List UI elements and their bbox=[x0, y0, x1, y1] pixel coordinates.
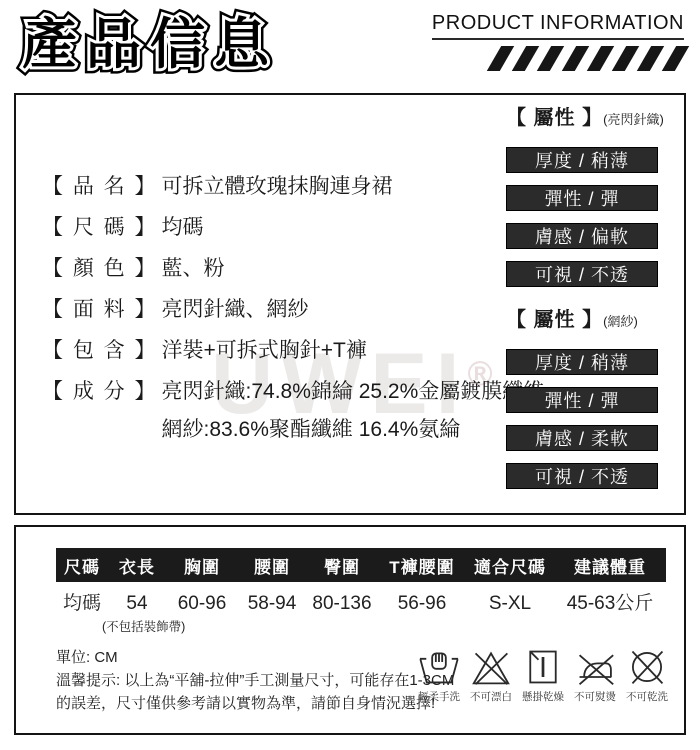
attributes-column: 【 屬性 】(亮閃針織) 厚度 / 稍薄 彈性 / 彈 膚感 / 偏軟 可視 /… bbox=[506, 107, 668, 501]
measurement-tips: 溫馨提示: 以上為“平舖-拉伸”手工測量尺寸，可能存在1-3CM 的誤差，尺寸僅… bbox=[56, 669, 454, 715]
care-item-hand-wash: 輕柔手洗 bbox=[414, 647, 464, 704]
attribute-title: 【 屬性 】 bbox=[506, 309, 603, 331]
stripe bbox=[512, 46, 539, 71]
length-note: (不包括裝飾帶) bbox=[102, 617, 185, 635]
attribute-subtitle: (亮閃針織) bbox=[603, 112, 664, 127]
attribute-badge-elasticity: 彈性 / 彈 bbox=[506, 185, 658, 211]
composition-line-2: 網紗:83.6%聚酯纖維 16.4%氨綸 bbox=[162, 418, 545, 442]
attribute-badge-thickness: 厚度 / 稍薄 bbox=[506, 147, 658, 173]
size-header-cell: 腰圍 bbox=[254, 553, 290, 578]
field-value: 亮閃針織、網紗 bbox=[162, 298, 309, 322]
field-row-color: 【 顏 色 】 藍、粉 bbox=[42, 257, 544, 281]
diagonal-stripes bbox=[432, 46, 684, 71]
size-cell: 45-63公斤 bbox=[567, 593, 654, 615]
page-title-en: PRODUCT INFORMATION bbox=[432, 12, 684, 40]
page-title-cn: 產品信息 產品信息 bbox=[22, 2, 278, 86]
hang-dry-icon bbox=[521, 647, 565, 687]
size-cell: 80-136 bbox=[312, 593, 371, 615]
size-header-cell: 建議體重 bbox=[574, 553, 646, 578]
stripe bbox=[487, 46, 514, 71]
care-item-hang-dry: 懸掛乾燥 bbox=[518, 647, 568, 704]
unit-label: 單位: CM bbox=[56, 646, 118, 667]
page-title-cn-text: 產品信息 bbox=[22, 2, 278, 86]
no-dry-clean-icon bbox=[625, 647, 669, 687]
product-info-panel: UWEI® 【 品 名 】 可拆立體玫瑰抹胸連身裙 【 尺 碼 】 均碼 【 顏… bbox=[14, 93, 686, 515]
field-label: 【 包 含 】 bbox=[42, 339, 158, 363]
stripe bbox=[612, 46, 639, 71]
care-item-no-bleach: 不可漂白 bbox=[466, 647, 516, 704]
attribute-group-mesh: 【 屬性 】(網紗) 厚度 / 稍薄 彈性 / 彈 膚感 / 柔軟 可視 / 不… bbox=[506, 309, 668, 489]
size-cell: 58-94 bbox=[248, 593, 297, 615]
product-information-sheet: 產品信息 產品信息 PRODUCT INFORMATION UWEI® 【 品 … bbox=[0, 0, 700, 750]
field-row-fabric: 【 面 料 】 亮閃針織、網紗 bbox=[42, 298, 544, 322]
attribute-badge-elasticity: 彈性 / 彈 bbox=[506, 387, 658, 413]
size-header-cell: 尺碼 bbox=[64, 553, 100, 578]
care-item-no-iron: 不可熨燙 bbox=[570, 647, 620, 704]
field-value: 藍、粉 bbox=[162, 257, 225, 281]
attribute-subtitle: (網紗) bbox=[603, 314, 638, 329]
attribute-group-title: 【 屬性 】(網紗) bbox=[506, 309, 668, 333]
size-table-row: 均碼 54 60-96 58-94 80-136 56-96 S-XL 45-6… bbox=[56, 593, 666, 615]
field-value: 洋裝+可拆式胸針+T褲 bbox=[162, 339, 367, 363]
care-label: 輕柔手洗 bbox=[414, 689, 464, 704]
attribute-badge-feel: 膚感 / 偏軟 bbox=[506, 223, 658, 249]
attribute-badge-opacity: 可視 / 不透 bbox=[506, 261, 658, 287]
size-header-cell: 臀圍 bbox=[324, 553, 360, 578]
attribute-badge-opacity: 可視 / 不透 bbox=[506, 463, 658, 489]
attribute-badge-thickness: 厚度 / 稍薄 bbox=[506, 349, 658, 375]
no-iron-icon bbox=[573, 647, 617, 687]
field-label: 【 成 分 】 bbox=[42, 380, 158, 442]
size-chart-panel: 尺碼 衣長 胸圍 腰圍 臀圍 T褲腰圍 適合尺碼 建議體重 均碼 54 60-9… bbox=[14, 525, 686, 735]
hand-wash-icon bbox=[417, 647, 461, 687]
care-item-no-dry-clean: 不可乾洗 bbox=[622, 647, 672, 704]
size-cell: 60-96 bbox=[178, 593, 227, 615]
stripe bbox=[537, 46, 564, 71]
care-label: 不可乾洗 bbox=[622, 689, 672, 704]
composition-line-1: 亮閃針織:74.8%錦綸 25.2%金屬鍍膜纖維 bbox=[162, 380, 545, 404]
size-cell: 56-96 bbox=[398, 593, 447, 615]
product-fields: 【 品 名 】 可拆立體玫瑰抹胸連身裙 【 尺 碼 】 均碼 【 顏 色 】 藍… bbox=[42, 175, 544, 459]
attribute-group-knit: 【 屬性 】(亮閃針織) 厚度 / 稍薄 彈性 / 彈 膚感 / 偏軟 可視 /… bbox=[506, 107, 668, 287]
size-cell: S-XL bbox=[489, 593, 531, 615]
field-row-includes: 【 包 含 】 洋裝+可拆式胸針+T褲 bbox=[42, 339, 544, 363]
attribute-group-title: 【 屬性 】(亮閃針織) bbox=[506, 107, 668, 131]
field-label: 【 尺 碼 】 bbox=[42, 216, 158, 240]
stripe bbox=[637, 46, 664, 71]
size-header-cell: 衣長 bbox=[119, 553, 155, 578]
stripe bbox=[587, 46, 614, 71]
field-label: 【 顏 色 】 bbox=[42, 257, 158, 281]
tips-line-1: 溫馨提示: 以上為“平舖-拉伸”手工測量尺寸，可能存在1-3CM bbox=[56, 669, 454, 692]
field-row-size: 【 尺 碼 】 均碼 bbox=[42, 216, 544, 240]
care-label: 不可熨燙 bbox=[570, 689, 620, 704]
size-header-cell: 適合尺碼 bbox=[474, 553, 546, 578]
stripe bbox=[662, 46, 689, 71]
page-title-en-block: PRODUCT INFORMATION bbox=[432, 12, 684, 71]
care-label: 懸掛乾燥 bbox=[518, 689, 568, 704]
size-header-cell: 胸圍 bbox=[184, 553, 220, 578]
care-label: 不可漂白 bbox=[466, 689, 516, 704]
attribute-badge-feel: 膚感 / 柔軟 bbox=[506, 425, 658, 451]
field-row-name: 【 品 名 】 可拆立體玫瑰抹胸連身裙 bbox=[42, 175, 544, 199]
care-instructions: 輕柔手洗 不可漂白 懸掛乾燥 bbox=[414, 647, 672, 704]
tips-line-2: 的誤差，尺寸僅供參考請以實物為準，請節自身情況選擇! bbox=[56, 692, 454, 715]
field-label: 【 面 料 】 bbox=[42, 298, 158, 322]
size-cell: 均碼 bbox=[63, 593, 101, 615]
field-value: 亮閃針織:74.8%錦綸 25.2%金屬鍍膜纖維 網紗:83.6%聚酯纖維 16… bbox=[162, 380, 545, 442]
stripe bbox=[562, 46, 589, 71]
field-label: 【 品 名 】 bbox=[42, 175, 158, 199]
field-row-composition: 【 成 分 】 亮閃針織:74.8%錦綸 25.2%金屬鍍膜纖維 網紗:83.6… bbox=[42, 380, 544, 442]
no-bleach-icon bbox=[469, 647, 513, 687]
size-table-header: 尺碼 衣長 胸圍 腰圍 臀圍 T褲腰圍 適合尺碼 建議體重 bbox=[56, 548, 666, 582]
size-cell: 54 bbox=[126, 593, 147, 615]
attribute-title: 【 屬性 】 bbox=[506, 107, 603, 129]
field-value: 可拆立體玫瑰抹胸連身裙 bbox=[162, 175, 393, 199]
field-value: 均碼 bbox=[162, 216, 204, 240]
size-header-cell: T褲腰圍 bbox=[389, 553, 454, 578]
